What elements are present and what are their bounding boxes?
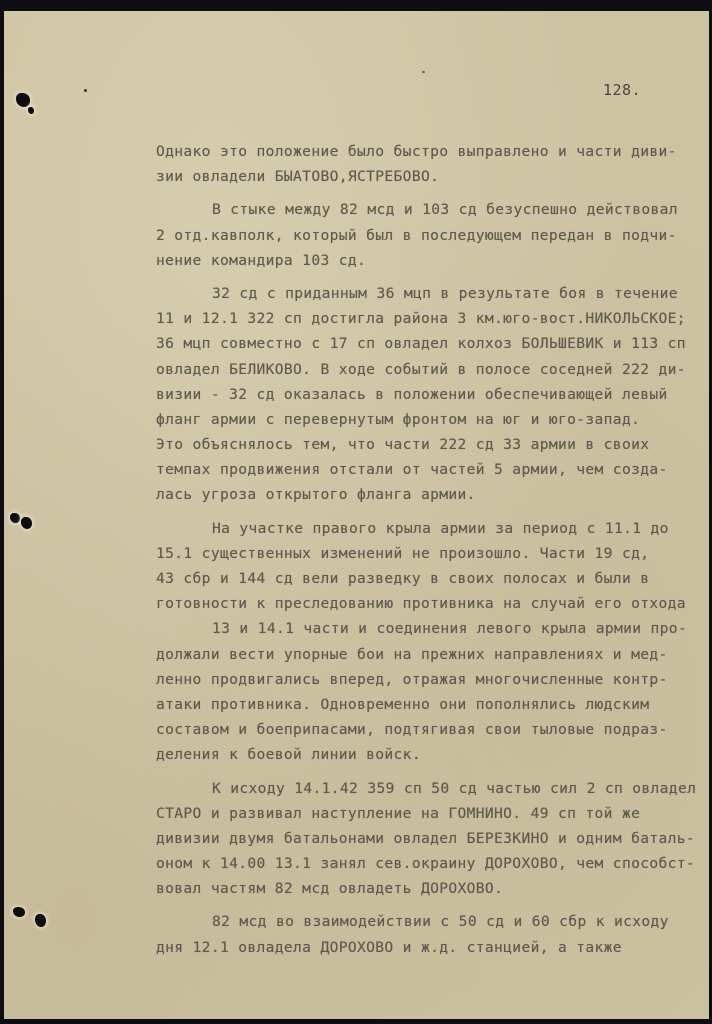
text-line: визии - 32 сд оказалась в положении обес… xyxy=(156,382,712,407)
text-line: 2 отд.кавполк, который был в последующем… xyxy=(156,223,712,248)
punch-hole-top xyxy=(16,93,30,107)
text-line: вовал частям 82 мсд овладеть ДОРОХОВО. xyxy=(156,876,712,901)
text-line: ленно продвигались вперед, отражая много… xyxy=(156,667,712,692)
text-line: должали вести упорные бои на прежних нап… xyxy=(156,642,712,667)
paragraph-2: В стыке между 82 мсд и 103 сд безуспешно… xyxy=(156,197,712,273)
punch-hole-middle xyxy=(10,513,20,523)
document-body: Однако это положение было быстро выправл… xyxy=(156,139,712,960)
text-line: 13 и 14.1 части и соединения левого крыл… xyxy=(156,616,712,641)
text-line: фланг армии с перевернутым фронтом на юг… xyxy=(156,407,712,432)
text-line: деления к боевой линии войск. xyxy=(156,742,712,767)
punch-hole-bottom xyxy=(13,907,25,917)
punch-hole-bottom-2 xyxy=(35,914,46,927)
text-line: Это объяснялось тем, что части 222 сд 33… xyxy=(156,432,712,457)
text-line: нение командира 103 сд. xyxy=(156,248,712,273)
punch-hole-middle-2 xyxy=(21,517,32,529)
page-number: 128. xyxy=(603,81,641,99)
text-line: В стыке между 82 мсд и 103 сд безуспешно… xyxy=(156,197,712,222)
text-line: дивизии двумя батальонами овладел БЕРЕЗК… xyxy=(156,826,712,851)
paragraph-4: На участке правого крыла армии за период… xyxy=(156,516,712,617)
paragraph-5: 13 и 14.1 части и соединения левого крыл… xyxy=(156,616,712,767)
text-line: СТАРО и развивал наступление на ГОМНИНО.… xyxy=(156,801,712,826)
text-line: темпах продвижения отстали от частей 5 а… xyxy=(156,457,712,482)
paragraph-1: Однако это положение было быстро выправл… xyxy=(156,139,712,189)
text-line: оном к 14.00 13.1 занял сев.окраину ДОРО… xyxy=(156,851,712,876)
punch-hole-top-small xyxy=(28,107,34,114)
text-line: 82 мсд во взаимодействии с 50 сд и 60 сб… xyxy=(156,909,712,934)
text-line: К исходу 14.1.42 359 сп 50 сд частью сил… xyxy=(156,776,712,801)
paper-speck xyxy=(422,71,425,73)
text-line: 11 и 12.1 322 сп достигла района 3 км.юг… xyxy=(156,306,712,331)
paragraph-6: К исходу 14.1.42 359 сп 50 сд частью сил… xyxy=(156,776,712,902)
text-line: овладел БЕЛИКОВО. В ходе событий в полос… xyxy=(156,357,712,382)
text-line: готовности к преследованию противника на… xyxy=(156,591,712,616)
paragraph-7: 82 мсд во взаимодействии с 50 сд и 60 сб… xyxy=(156,909,712,959)
text-line: 36 мцп совместно с 17 сп овладел колхоз … xyxy=(156,331,712,356)
text-line: дня 12.1 овладела ДОРОХОВО и ж.д. станци… xyxy=(156,935,712,960)
paper-speck xyxy=(84,89,87,92)
text-line: атаки противника. Одновременно они попол… xyxy=(156,692,712,717)
text-line: Однако это положение было быстро выправл… xyxy=(156,139,712,164)
text-line: составом и боеприпасами, подтягивая свои… xyxy=(156,717,712,742)
paragraph-3: 32 сд с приданным 36 мцп в результате бо… xyxy=(156,281,712,508)
text-line: зии овладели БЫАТОВО,ЯСТРЕБОВО. xyxy=(156,164,712,189)
text-line: На участке правого крыла армии за период… xyxy=(156,516,712,541)
text-line: лась угроза открытого фланга армии. xyxy=(156,482,712,507)
text-line: 15.1 существенных изменений не произошло… xyxy=(156,541,712,566)
text-line: 43 сбр и 144 сд вели разведку в своих по… xyxy=(156,566,712,591)
text-line: 32 сд с приданным 36 мцп в результате бо… xyxy=(156,281,712,306)
